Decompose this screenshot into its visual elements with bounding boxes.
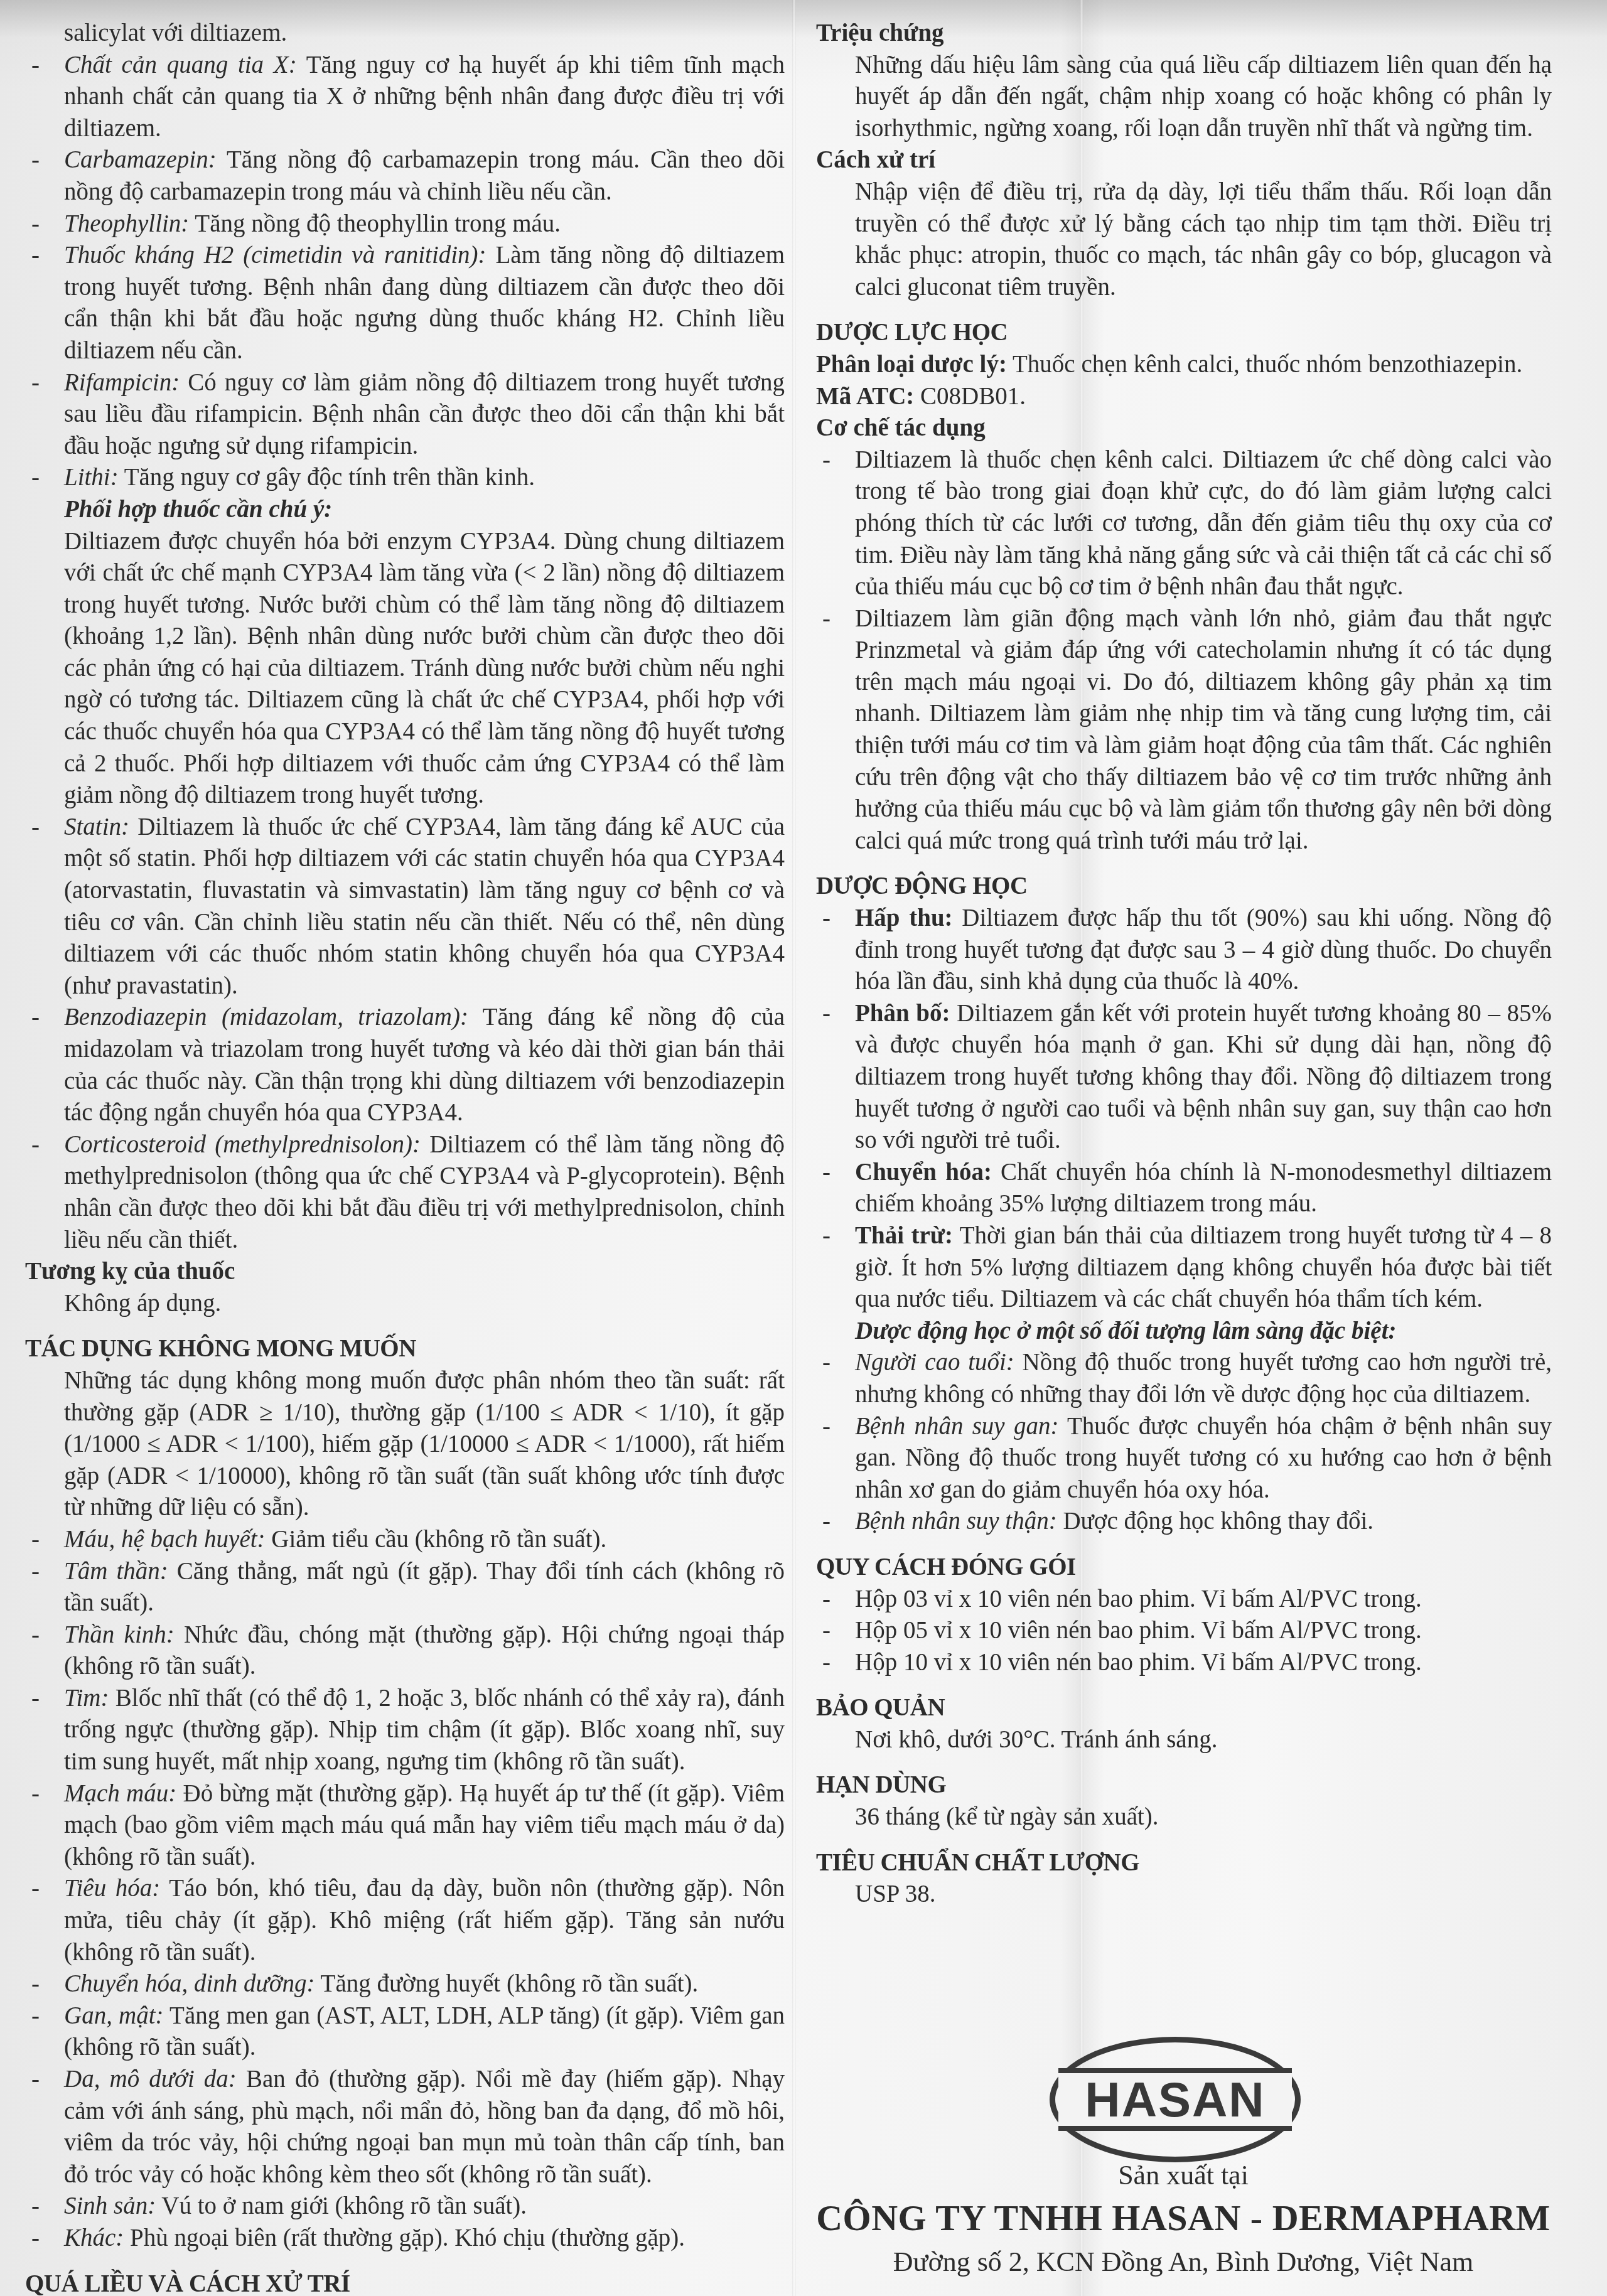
section-heading-pharmacodynamics: DƯỢC LỰC HỌC xyxy=(816,317,1552,349)
right-column: Triệu chứng Những dấu hiệu lâm sàng của … xyxy=(816,18,1552,1911)
section-heading-packaging: QUY CÁCH ĐÓNG GÓI xyxy=(816,1552,1552,1584)
pharmacokinetics-list: -Hấp thu: Diltiazem được hấp thu tốt (90… xyxy=(816,903,1552,1316)
list-item: -Phân bố: Diltiazem gắn kết với protein … xyxy=(816,998,1552,1157)
paragraph: Nơi khô, dưới 30°C. Tránh ánh sáng. xyxy=(816,1724,1552,1756)
fold-crease xyxy=(792,0,796,2296)
section-heading-overdose: QUÁ LIỀU VÀ CÁCH XỬ TRÍ xyxy=(25,2268,785,2296)
atc-code: Mã ATC: C08DB01. xyxy=(816,381,1552,413)
packaging-list: -Hộp 03 vỉ x 10 viên nén bao phim. Vỉ bấ… xyxy=(816,1584,1552,1679)
interaction-list: -Chất cản quang tia X: Tăng nguy cơ hạ h… xyxy=(25,50,785,494)
hasan-logo: HASAN xyxy=(1050,2037,1301,2162)
made-at-label: Sản xuất tại xyxy=(813,2159,1554,2191)
list-item: -Hộp 05 vỉ x 10 viên nén bao phim. Vỉ bấ… xyxy=(816,1615,1552,1647)
subheading-incompatibility: Tương kỵ của thuốc xyxy=(25,1256,785,1288)
pharmacologic-class: Phân loại dược lý: Thuốc chẹn kênh calci… xyxy=(816,349,1552,381)
list-item: -Khác: Phù ngoại biên (rất thường gặp). … xyxy=(25,2223,785,2255)
subheading-caution: Phối hợp thuốc cần chú ý: xyxy=(25,494,785,526)
paragraph: 36 tháng (kể từ ngày sản xuất). xyxy=(816,1801,1552,1833)
company-name: CÔNG TY TNHH HASAN - DERMAPHARM xyxy=(813,2197,1554,2239)
paragraph: USP 38. xyxy=(816,1879,1552,1911)
left-column: salicylat với diltiazem. -Chất cản quang… xyxy=(25,18,785,2296)
subheading-mechanism: Cơ chế tác dụng xyxy=(816,412,1552,444)
list-item: -Statin: Diltiazem là thuốc ức chế CYP3A… xyxy=(25,812,785,1002)
subheading-symptoms: Triệu chứng xyxy=(816,18,1552,50)
caution-list: -Statin: Diltiazem là thuốc ức chế CYP3A… xyxy=(25,812,785,1256)
list-item: -Hộp 03 vỉ x 10 viên nén bao phim. Vỉ bấ… xyxy=(816,1584,1552,1616)
list-item: -Thần kinh: Nhức đầu, chóng mặt (thường … xyxy=(25,1619,785,1683)
paragraph: Những tác dụng không mong muốn được phân… xyxy=(25,1365,785,1524)
list-item: -Thải trừ: Thời gian bán thải của diltia… xyxy=(816,1220,1552,1316)
list-item: -Tâm thần: Căng thẳng, mất ngủ (ít gặp).… xyxy=(25,1556,785,1619)
subheading-treatment: Cách xử trí xyxy=(816,144,1552,176)
list-item: -Rifampicin: Có nguy cơ làm giảm nồng độ… xyxy=(25,367,785,463)
section-heading-storage: BẢO QUẢN xyxy=(816,1692,1552,1724)
logo-text: HASAN xyxy=(1085,2075,1265,2124)
list-item: -Da, mô dưới da: Ban đỏ (thường gặp). Nổ… xyxy=(25,2064,785,2191)
list-item: -Hộp 10 vỉ x 10 viên nén bao phim. Vỉ bấ… xyxy=(816,1647,1552,1679)
section-heading-adverse-effects: TÁC DỤNG KHÔNG MONG MUỐN xyxy=(25,1333,785,1365)
list-item: -Mạch máu: Đỏ bừng mặt (thường gặp). Hạ … xyxy=(25,1778,785,1874)
paragraph: salicylat với diltiazem. xyxy=(25,18,785,50)
section-heading-expiry: HẠN DÙNG xyxy=(816,1769,1552,1801)
list-item: -Bệnh nhân suy thận: Dược động học không… xyxy=(816,1506,1552,1538)
list-item: -Diltiazem làm giãn động mạch vành lớn n… xyxy=(816,603,1552,857)
list-item: -Diltiazem là thuốc chẹn kênh calci. Dil… xyxy=(816,444,1552,603)
special-populations-list: -Người cao tuổi: Nồng độ thuốc trong huy… xyxy=(816,1347,1552,1538)
list-item: -Chuyển hóa, dinh dưỡng: Tăng đường huyế… xyxy=(25,1968,785,2000)
paragraph: Những dấu hiệu lâm sàng của quá liều cấp… xyxy=(816,50,1552,145)
paragraph: Nhập viện để điều trị, rửa dạ dày, lợi t… xyxy=(816,176,1552,303)
list-item: -Chuyển hóa: Chất chuyển hóa chính là N-… xyxy=(816,1157,1552,1220)
list-item: -Corticosteroid (methylprednisolon): Dil… xyxy=(25,1129,785,1256)
subheading-special-populations: Dược động học ở một số đối tượng lâm sàn… xyxy=(816,1316,1552,1348)
logo-band: HASAN xyxy=(1058,2068,1292,2131)
list-item: -Hấp thu: Diltiazem được hấp thu tốt (90… xyxy=(816,903,1552,998)
list-item: -Gan, mật: Tăng men gan (AST, ALT, LDH, … xyxy=(25,2000,785,2064)
adverse-effects-list: -Máu, hệ bạch huyết: Giảm tiểu cầu (khôn… xyxy=(25,1524,785,2255)
list-item: -Người cao tuổi: Nồng độ thuốc trong huy… xyxy=(816,1347,1552,1410)
mechanism-list: -Diltiazem là thuốc chẹn kênh calci. Dil… xyxy=(816,444,1552,857)
list-item: -Máu, hệ bạch huyết: Giảm tiểu cầu (khôn… xyxy=(25,1524,785,1556)
list-item: -Bệnh nhân suy gan: Thuốc được chuyển hó… xyxy=(816,1411,1552,1506)
paragraph: Diltiazem được chuyển hóa bởi enzym CYP3… xyxy=(25,526,785,812)
list-item: -Theophyllin: Tăng nồng độ theophyllin t… xyxy=(25,208,785,240)
list-item: -Sinh sản: Vú to ở nam giới (không rõ tầ… xyxy=(25,2191,785,2223)
list-item: -Tiêu hóa: Táo bón, khó tiêu, đau dạ dày… xyxy=(25,1873,785,1968)
list-item: -Lithi: Tăng nguy cơ gây độc tính trên t… xyxy=(25,462,785,494)
section-heading-quality-standard: TIÊU CHUẨN CHẤT LƯỢNG xyxy=(816,1847,1552,1879)
paragraph: Không áp dụng. xyxy=(25,1288,785,1320)
list-item: -Carbamazepin: Tăng nồng độ carbamazepin… xyxy=(25,144,785,208)
company-address: Đường số 2, KCN Đồng An, Bình Dương, Việ… xyxy=(813,2246,1554,2278)
section-heading-pharmacokinetics: DƯỢC ĐỘNG HỌC xyxy=(816,871,1552,903)
list-item: -Tim: Blốc nhĩ thất (có thể độ 1, 2 hoặc… xyxy=(25,1683,785,1778)
list-item: -Thuốc kháng H2 (cimetidin và ranitidin)… xyxy=(25,240,785,367)
list-item: -Chất cản quang tia X: Tăng nguy cơ hạ h… xyxy=(25,50,785,145)
list-item: -Benzodiazepin (midazolam, triazolam): T… xyxy=(25,1002,785,1129)
